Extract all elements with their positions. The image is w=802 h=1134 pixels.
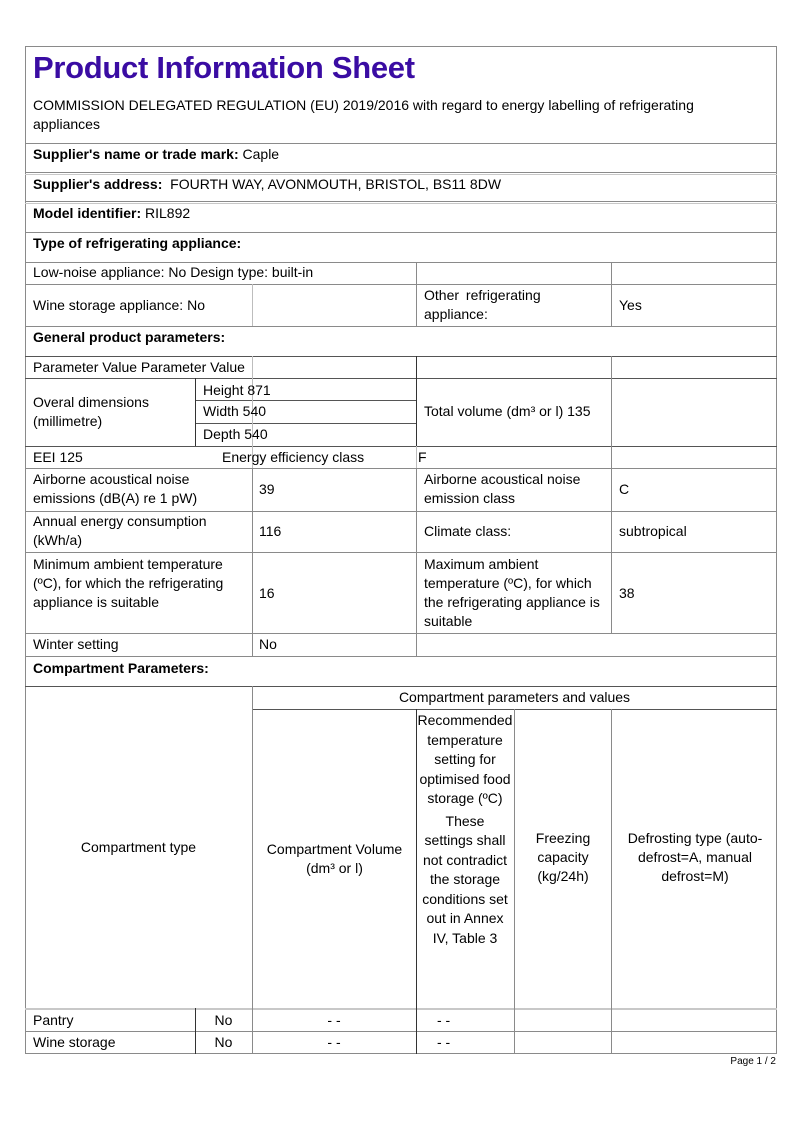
regulation-text: COMMISSION DELEGATED REGULATION (EU) 201… (33, 96, 763, 134)
divider (25, 1008, 777, 1010)
low-noise-text: Low-noise appliance: No Design type: bui… (33, 263, 313, 282)
page-title: Product Information Sheet (33, 50, 415, 86)
page-number: Page 1 / 2 (730, 1056, 776, 1067)
max-temp-value: 38 (619, 584, 635, 603)
model-value: RIL892 (145, 205, 190, 221)
supplier-name-row: Supplier's name or trade mark: Caple (33, 145, 279, 164)
depth-value: Depth 540 (203, 425, 268, 444)
supplier-name-value: Caple (243, 146, 280, 162)
winter-label: Winter setting (33, 635, 119, 654)
col-line (611, 709, 612, 1054)
winter-value: No (259, 635, 277, 654)
col-compartment-type: Compartment type (25, 838, 252, 857)
divider (25, 172, 777, 173)
annual-energy-label: Annual energy consumption (kWh/a) (33, 512, 238, 550)
divider (195, 423, 416, 424)
model-row: Model identifier: RIL892 (33, 204, 190, 223)
col-line (416, 468, 417, 656)
model-label: Model identifier: (33, 205, 141, 221)
col-line (195, 378, 196, 446)
col-line (252, 284, 253, 326)
divider (25, 232, 777, 233)
col-line (611, 356, 612, 446)
eei-value: EEI 125 (33, 448, 83, 467)
divider (25, 356, 777, 357)
height-value: Height 871 (203, 381, 271, 400)
supplier-address-value: FOURTH WAY, AVONMOUTH, BRISTOL, BS11 8DW (170, 176, 501, 192)
divider (25, 552, 777, 553)
divider (25, 686, 777, 687)
divider (25, 468, 777, 469)
divider (25, 656, 777, 657)
sheet-frame (25, 46, 777, 1054)
width-value: Width 540 (203, 402, 266, 421)
max-temp-label: Maximum ambient temperature (ºC), for wh… (424, 555, 604, 631)
general-heading: General product parameters: (33, 328, 225, 347)
noise-value: 39 (259, 480, 275, 499)
col-line (252, 686, 253, 1054)
other-appliance-value: Yes (619, 296, 642, 315)
noise-class-value: C (619, 480, 629, 499)
divider (25, 378, 777, 379)
compartments-heading: Compartment Parameters: (33, 659, 209, 678)
divider (195, 400, 416, 401)
climate-label: Climate class: (424, 522, 511, 541)
compartment-temp: - - (437, 1033, 450, 1052)
col-line (416, 262, 417, 326)
compartment-present: No (195, 1011, 252, 1030)
product-information-sheet: Product Information Sheet COMMISSION DEL… (0, 0, 802, 1134)
compartments-group-header: Compartment parameters and values (252, 688, 777, 707)
climate-value: subtropical (619, 522, 687, 541)
noise-class-label: Airborne acoustical noise emission class (424, 470, 609, 508)
appliance-type-heading: Type of refrigerating appliance: (33, 234, 241, 253)
col-recommended-temp-note: These settings shall not contradict the … (414, 812, 516, 949)
divider (25, 201, 777, 202)
divider (25, 326, 777, 327)
col-compartment-volume: Compartment Volume (dm³ or l) (262, 840, 407, 878)
col-line (416, 446, 417, 468)
annual-energy-value: 116 (259, 522, 281, 541)
col-recommended-temp-label: Recommended temperature setting for opti… (414, 711, 516, 809)
wine-storage-text: Wine storage appliance: No (33, 296, 205, 315)
divider (25, 446, 777, 447)
compartment-type: Pantry (33, 1011, 73, 1030)
col-defrosting-type: Defrosting type (auto-defrost=A, manual … (620, 829, 770, 886)
min-temp-value: 16 (259, 584, 275, 603)
col-freezing-capacity: Freezing capacity (kg/24h) (522, 829, 604, 886)
energy-class-label: Energy efficiency class (222, 448, 364, 467)
supplier-address-row: Supplier's address: FOURTH WAY, AVONMOUT… (33, 175, 501, 194)
divider (25, 633, 777, 634)
col-line (416, 356, 417, 446)
other-appliance-label: Other refrigerating appliance: (424, 286, 604, 324)
total-volume: Total volume (dm³ or l) 135 (424, 402, 591, 421)
noise-label: Airborne acoustical noise emissions (dB(… (33, 470, 248, 508)
col-line (611, 468, 612, 633)
compartment-volume: - - (252, 1033, 416, 1052)
min-temp-label: Minimum ambient temperature (ºC), for wh… (33, 555, 243, 612)
col-line (611, 262, 612, 326)
col-line (611, 446, 612, 468)
divider (25, 1031, 777, 1032)
divider (25, 284, 777, 285)
energy-class-value: F (418, 448, 427, 467)
compartment-volume: - - (252, 1011, 416, 1030)
col-recommended-temp: Recommended temperature setting for opti… (414, 711, 516, 948)
compartment-type: Wine storage (33, 1033, 115, 1052)
supplier-address-label: Supplier's address: (33, 176, 162, 192)
compartment-temp: - - (437, 1011, 450, 1030)
divider (25, 143, 777, 144)
supplier-name-label: Supplier's name or trade mark: (33, 146, 239, 162)
param-header: Parameter Value Parameter Value (33, 358, 245, 377)
dimensions-label: Overal dimensions (millimetre) (33, 393, 193, 431)
compartment-present: No (195, 1033, 252, 1052)
col-line (252, 468, 253, 656)
